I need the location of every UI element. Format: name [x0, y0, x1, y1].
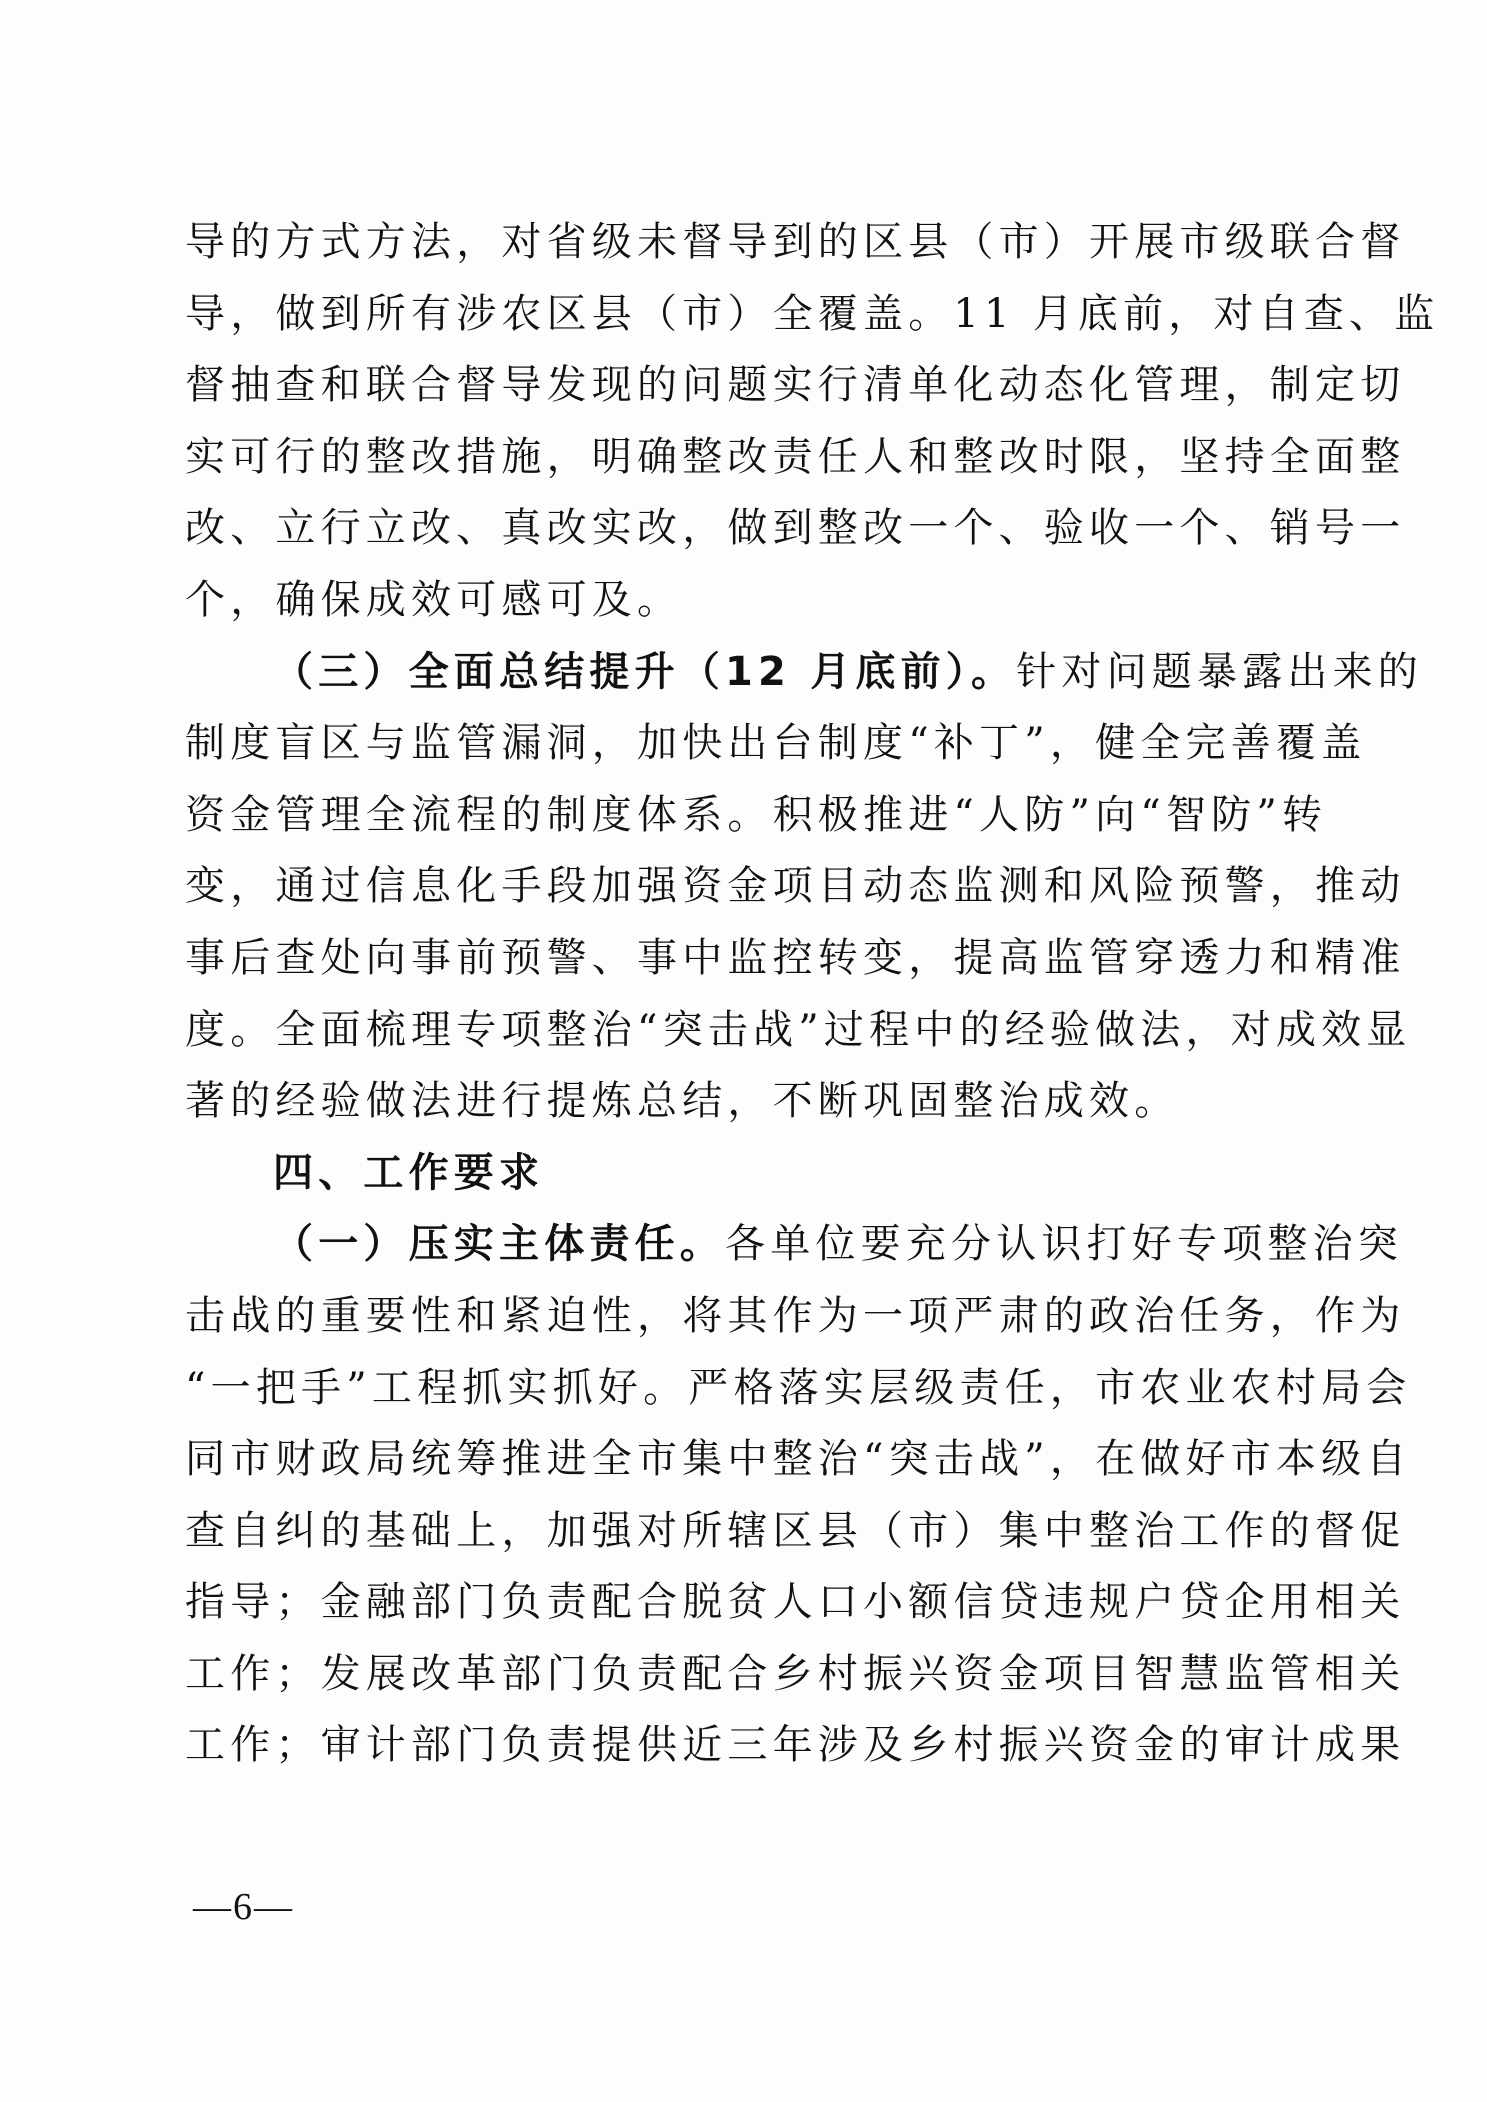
section-lead-text: 各单位要充分认识打好专项整治突 — [725, 1221, 1403, 1267]
text-line: 指导；金融部门负责配合脱贫人口小额信贷违规户贷企用相关 — [185, 1567, 1275, 1639]
text-line: 工作；审计部门负责提供近三年涉及乡村振兴资金的审计成果 — [185, 1710, 1275, 1782]
section-lead-heading: （三）全面总结提升（12 月底前）。 — [273, 649, 1016, 695]
text-line: 个，确保成效可感可及。 — [185, 565, 1275, 637]
text-line: 实可行的整改措施，明确整改责任人和整改时限，坚持全面整 — [185, 422, 1275, 494]
text-line: 度。全面梳理专项整治“突击战”过程中的经验做法，对成效显 — [185, 995, 1275, 1067]
text-line-first: （三）全面总结提升（12 月底前）。针对问题暴露出来的 — [185, 637, 1275, 709]
text-line: 督抽查和联合督导发现的问题实行清单化动态化管理，制定切 — [185, 350, 1275, 422]
text-line: 导，做到所有涉农区县（市）全覆盖。11 月底前，对自查、监 — [185, 279, 1275, 351]
text-line: 资金管理全流程的制度体系。积极推进“人防”向“智防”转 — [185, 780, 1275, 852]
text-line: 查自纠的基础上，加强对所辖区县（市）集中整治工作的督促 — [185, 1496, 1275, 1568]
document-page: 导的方式方法，对省级未督导到的区县（市）开展市级联合督 导，做到所有涉农区县（市… — [0, 0, 1487, 2102]
section-heading-4: 四、工作要求 — [185, 1138, 1275, 1210]
text-line: 事后查处向事前预警、事中监控转变，提高监管穿透力和精准 — [185, 923, 1275, 995]
text-line: 工作；发展改革部门负责配合乡村振兴资金项目智慧监管相关 — [185, 1639, 1275, 1711]
text-line: 著的经验做法进行提炼总结，不断巩固整治成效。 — [185, 1066, 1275, 1138]
document-body: 导的方式方法，对省级未督导到的区县（市）开展市级联合督 导，做到所有涉农区县（市… — [185, 207, 1275, 1782]
text-line: “一把手”工程抓实抓好。严格落实层级责任，市农业农村局会 — [185, 1353, 1275, 1425]
text-line: 改、立行立改、真改实改，做到整改一个、验收一个、销号一 — [185, 493, 1275, 565]
text-line-first: （一）压实主体责任。各单位要充分认识打好专项整治突 — [185, 1209, 1275, 1281]
paragraph-subsection-1: （一）压实主体责任。各单位要充分认识打好专项整治突 击战的重要性和紧迫性，将其作… — [185, 1209, 1275, 1782]
text-line: 制度盲区与监管漏洞，加快出台制度“补丁”，健全完善覆盖 — [185, 708, 1275, 780]
section-lead-heading: （一）压实主体责任。 — [273, 1221, 725, 1267]
page-number: —6— — [193, 1885, 294, 1929]
text-line: 击战的重要性和紧迫性，将其作为一项严肃的政治任务，作为 — [185, 1281, 1275, 1353]
section-lead-text: 针对问题暴露出来的 — [1016, 649, 1423, 695]
paragraph-section-3: （三）全面总结提升（12 月底前）。针对问题暴露出来的 制度盲区与监管漏洞，加快… — [185, 637, 1275, 1138]
paragraph-continuation: 导的方式方法，对省级未督导到的区县（市）开展市级联合督 导，做到所有涉农区县（市… — [185, 207, 1275, 637]
text-line: 导的方式方法，对省级未督导到的区县（市）开展市级联合督 — [185, 207, 1275, 279]
text-line: 同市财政局统筹推进全市集中整治“突击战”，在做好市本级自 — [185, 1424, 1275, 1496]
text-line: 变，通过信息化手段加强资金项目动态监测和风险预警，推动 — [185, 851, 1275, 923]
